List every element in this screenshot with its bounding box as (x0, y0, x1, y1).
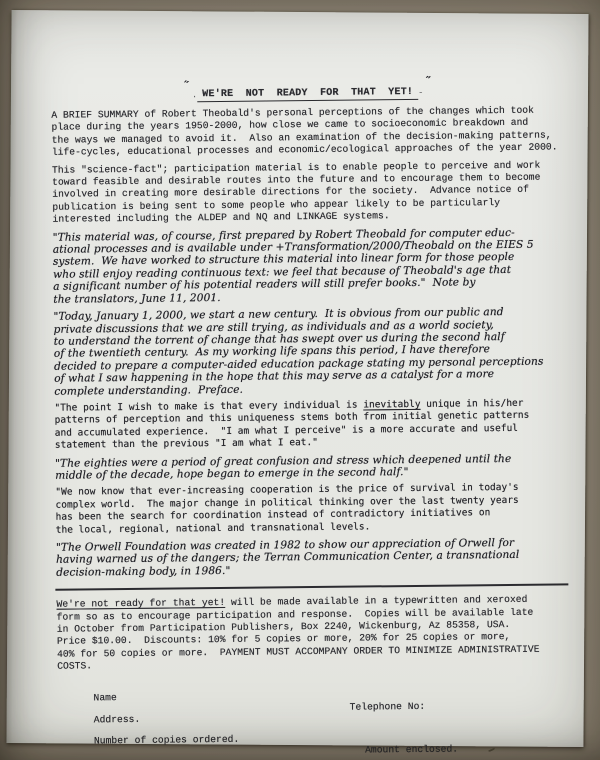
amount-field-label: Amount enclosed. (365, 744, 458, 757)
copies-field-label: Number of copies ordered. (94, 734, 239, 748)
paragraph-brief-summary: A BRIEF SUMMARY of Robert Theobald's per… (51, 104, 563, 159)
title-stray-dot: . (192, 90, 198, 100)
handwritten-quote-mark-left: ″ (182, 78, 190, 93)
paper-page: ″.WE'RE NOT READY FOR THAT YET!-″ A BRIE… (6, 10, 588, 747)
form-row-name-telephone: Name Telephone No: (57, 675, 569, 693)
title-stray-dash: - (418, 88, 424, 98)
paragraph-cooperation: "We now know that ever-increasing cooper… (55, 482, 567, 537)
paragraph-eighties: "The eighties were a period of great con… (55, 452, 567, 482)
perception-underlined-word: inevitably (363, 399, 420, 411)
document-body: ″.WE'RE NOT READY FOR THAT YET!-″ A BRIE… (51, 79, 570, 735)
document-title: WE'RE NOT READY FOR THAT YET! (197, 87, 418, 102)
photo-background: ″.WE'RE NOT READY FOR THAT YET!-″ A BRIE… (0, 0, 600, 760)
paragraph-orwell-foundation: "The Orwell Foundation was created in 19… (56, 536, 568, 579)
ordering-underlined-title: We're not ready for that yet! (56, 597, 225, 610)
paragraph-perception: "The point I wish to make is that every … (54, 397, 566, 452)
stray-pen-mark (488, 747, 496, 753)
title-block: ″.WE'RE NOT READY FOR THAT YET!-″ (51, 79, 563, 97)
handwritten-quote-mark-right: ″ (424, 73, 432, 88)
paragraph-translators-note: "This material was, of course, first pre… (53, 226, 566, 306)
paragraph-science-fact: This "science-fact"; participation mater… (52, 159, 565, 226)
paragraph-new-century: "Today, January 1, 2000, we start a new … (53, 305, 566, 397)
form-row-address: Address. (58, 697, 570, 715)
divider-line (55, 584, 568, 591)
paragraph-ordering-info: We're not ready for that yet! will be ma… (56, 594, 569, 674)
